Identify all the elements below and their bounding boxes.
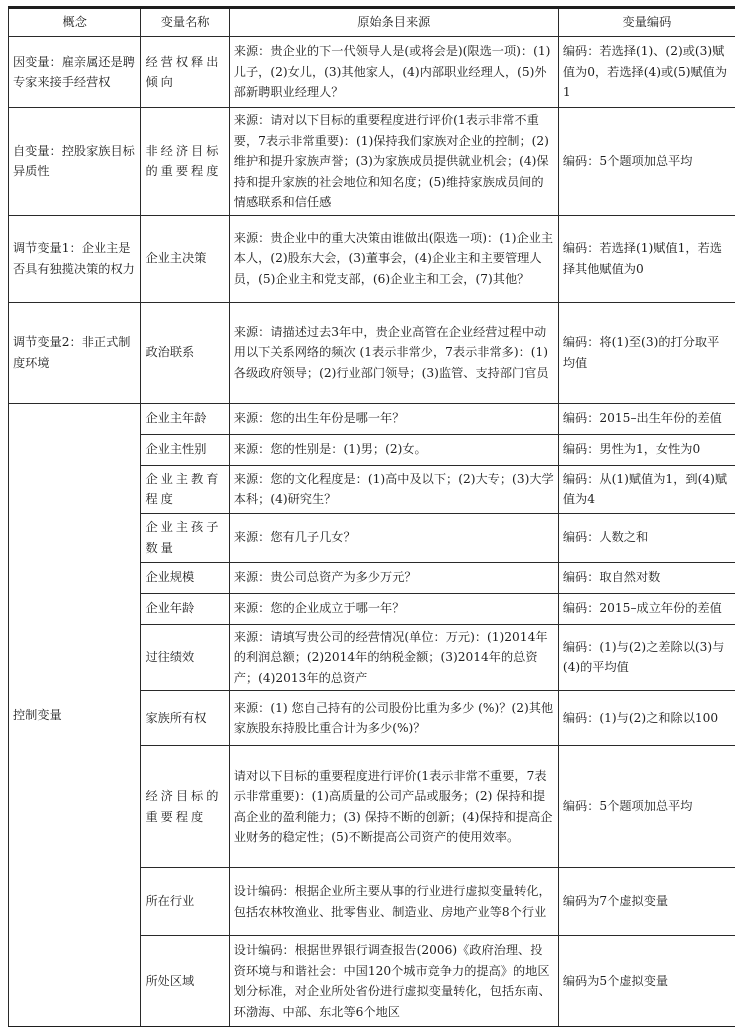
coding-cell: 编码：(1)与(2)之差除以(3)与(4)的平均值 (558, 624, 735, 691)
coding-cell: 编码：5个题项加总平均 (558, 108, 735, 216)
coding-cell: 编码：若选择(1)赋值1，若选择其他赋值为0 (558, 215, 735, 302)
source-cell: 来源：贵企业的下一代领导人是(或将会是)(限选一项)：(1)儿子，(2)女儿，(… (229, 37, 558, 108)
variable-cell: 所在行业 (141, 868, 229, 936)
variable-cell: 经济目标的重要程度 (141, 746, 229, 868)
coding-cell: 编码为5个虚拟变量 (558, 936, 735, 1027)
table-row: 调节变量1：企业主是否具有独揽决策的权力 企业主决策 来源：贵企业中的重大决策由… (9, 215, 735, 302)
variable-cell: 企业主孩子数量 (141, 513, 229, 562)
header-coding: 变量编码 (558, 8, 735, 37)
coding-cell: 编码：5个题项加总平均 (558, 746, 735, 868)
variable-cell: 企业年龄 (141, 593, 229, 624)
source-cell: 来源：您的性别是：(1)男；(2)女。 (229, 434, 558, 465)
header-concept: 概念 (9, 8, 141, 37)
variable-cell: 过往绩效 (141, 624, 229, 691)
coding-cell: 编码：2015–成立年份的差值 (558, 593, 735, 624)
table-row: 控制变量 企业主年龄 来源：您的出生年份是哪一年？ 编码：2015–出生年份的差… (9, 403, 735, 434)
concept-cell: 调节变量1：企业主是否具有独揽决策的权力 (9, 215, 141, 302)
concept-cell: 自变量：控股家族目标异质性 (9, 108, 141, 216)
source-cell: 来源：您的企业成立于哪一年？ (229, 593, 558, 624)
variable-cell: 企业规模 (141, 562, 229, 593)
source-cell: 来源：贵公司总资产为多少万元？ (229, 562, 558, 593)
table-row: 因变量：雇亲属还是聘专家来接手经营权 经营权释出倾向 来源：贵企业的下一代领导人… (9, 37, 735, 108)
source-cell: 来源：您的出生年份是哪一年？ (229, 403, 558, 434)
concept-cell: 调节变量2：非正式制度环境 (9, 302, 141, 403)
coding-cell: 编码为7个虚拟变量 (558, 868, 735, 936)
source-cell: 请对以下目标的重要程度进行评价(1表示非常不重要，7表示非常重要)：(1)高质量… (229, 746, 558, 868)
table-row: 自变量：控股家族目标异质性 非经济目标的重要程度 来源：请对以下目标的重要程度进… (9, 108, 735, 216)
coding-cell: 编码：将(1)至(3)的打分取平均值 (558, 302, 735, 403)
variable-cell: 家族所有权 (141, 691, 229, 746)
header-variable-name: 变量名称 (141, 8, 229, 37)
source-cell: 来源：您有几子几女？ (229, 513, 558, 562)
source-cell: 设计编码：根据世界银行调查报告(2006)《政府治理、投资环境与和谐社会：中国1… (229, 936, 558, 1027)
source-cell: 来源：贵企业中的重大决策由谁做出(限选一项)：(1)企业主本人，(2)股东大会，… (229, 215, 558, 302)
variable-cell: 企业主性别 (141, 434, 229, 465)
source-cell: 来源：请描述过去3年中，贵企业高管在企业经营过程中动用以下关系网络的频次 (1表… (229, 302, 558, 403)
coding-cell: 编码：从(1)赋值为1，到(4)赋值为4 (558, 465, 735, 513)
variable-cell: 企业主教育程度 (141, 465, 229, 513)
variable-definition-table: 概念 变量名称 原始条目来源 变量编码 因变量：雇亲属还是聘专家来接手经营权 经… (8, 6, 735, 1027)
coding-cell: 编码：男性为1，女性为0 (558, 434, 735, 465)
source-cell: 设计编码：根据企业所主要从事的行业进行虚拟变量转化，包括农林牧渔业、批零售业、制… (229, 868, 558, 936)
source-cell: 来源：请对以下目标的重要程度进行评价(1表示非常不重要，7表示非常重要)：(1)… (229, 108, 558, 216)
variable-cell: 经营权释出倾向 (141, 37, 229, 108)
header-row: 概念 变量名称 原始条目来源 变量编码 (9, 8, 735, 37)
variable-cell: 企业主年龄 (141, 403, 229, 434)
coding-cell: 编码：人数之和 (558, 513, 735, 562)
header-source: 原始条目来源 (229, 8, 558, 37)
variable-cell: 企业主决策 (141, 215, 229, 302)
coding-cell: 编码：取自然对数 (558, 562, 735, 593)
coding-cell: 编码：若选择(1)、(2)或(3)赋值为0，若选择(4)或(5)赋值为1 (558, 37, 735, 108)
concept-cell-control: 控制变量 (9, 403, 141, 1027)
source-cell: 来源：请填写贵公司的经营情况(单位：万元)：(1)2014年的利润总额；(2)2… (229, 624, 558, 691)
source-cell: 来源：您的文化程度是：(1)高中及以下；(2)大专；(3)大学本科；(4)研究生… (229, 465, 558, 513)
source-cell: 来源：(1) 您自己持有的公司股份比重为多少 (%)？(2)其他家族股东持股比重… (229, 691, 558, 746)
coding-cell: 编码：2015–出生年份的差值 (558, 403, 735, 434)
coding-cell: 编码：(1)与(2)之和除以100 (558, 691, 735, 746)
concept-cell: 因变量：雇亲属还是聘专家来接手经营权 (9, 37, 141, 108)
table-row: 调节变量2：非正式制度环境 政治联系 来源：请描述过去3年中，贵企业高管在企业经… (9, 302, 735, 403)
variable-cell: 所处区域 (141, 936, 229, 1027)
variable-cell: 政治联系 (141, 302, 229, 403)
variable-cell: 非经济目标的重要程度 (141, 108, 229, 216)
